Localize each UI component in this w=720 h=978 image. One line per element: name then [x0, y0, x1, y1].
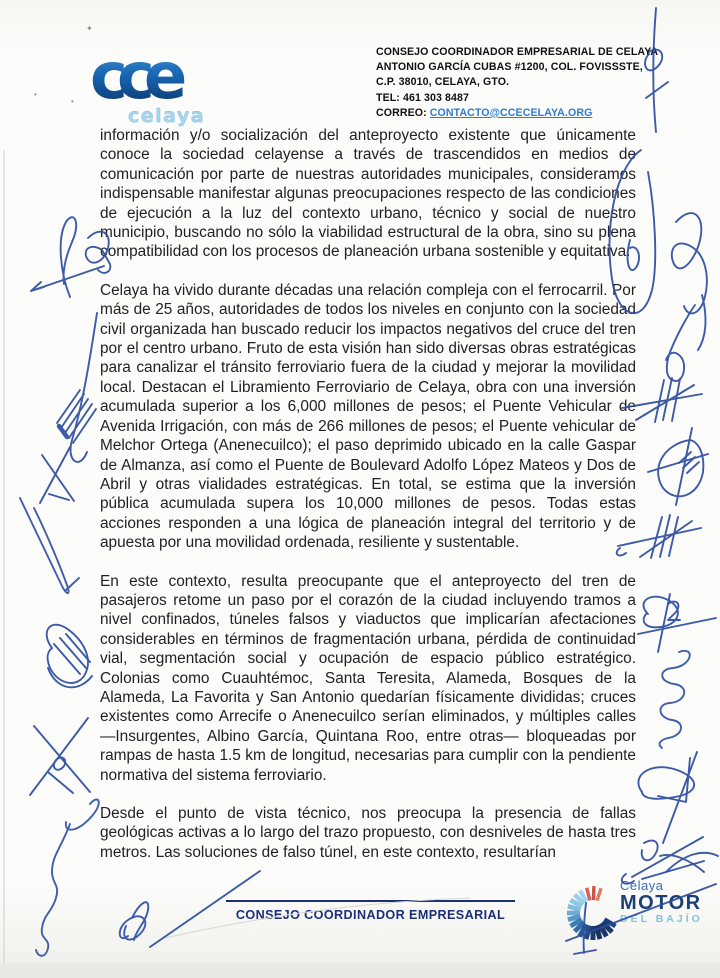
scan-speck: • — [71, 97, 74, 106]
signature-ink-left-5 — [30, 718, 90, 795]
body-paragraph: En este contexto, resulta preocupante qu… — [100, 572, 636, 785]
signature-ink-right-7 — [638, 594, 716, 652]
scan-edge-shadow — [3, 150, 5, 965]
motor-logo-subtitle: DEL BAJÍO — [620, 913, 720, 925]
contact-phone: TEL: 461 303 8487 — [376, 91, 668, 106]
letterhead-contact-block: CONSEJO COORDINADOR EMPRESARIAL DE CELAY… — [376, 45, 668, 121]
contact-city: C.P. 38010, CELAYA, GTO. — [376, 75, 668, 90]
cce-celaya-logo: cce celaya — [88, 36, 228, 131]
signature-ink-right-9 — [638, 752, 697, 843]
signature-ink-left-4 — [47, 625, 92, 688]
signature-ink-left-1 — [31, 217, 110, 297]
cce-logo-letters: cce — [90, 40, 185, 114]
body-paragraph: Celaya ha vivido durante décadas una rel… — [100, 281, 636, 553]
scan-speck: ✦ — [86, 24, 93, 33]
letter-body: información y/o socialización del antepr… — [100, 126, 636, 881]
signature-ink-right-5 — [648, 428, 708, 505]
scan-speck: • — [34, 90, 37, 99]
cce-logo-city: celaya — [128, 105, 205, 127]
body-paragraph: información y/o socialización del antepr… — [100, 126, 636, 262]
signature-ink-left-2 — [40, 313, 97, 503]
motor-del-bajio-wordmark: Celaya MOTOR DEL BAJÍO — [620, 878, 720, 925]
contact-address: ANTONIO GARCÍA CUBAS #1200, COL. FOVISSS… — [376, 60, 668, 75]
scanned-letter-page: cce celaya CONSEJO COORDINADOR EMPRESARI… — [0, 0, 720, 978]
scan-bottom-strip — [0, 963, 720, 978]
motor-logo-city: Celaya — [620, 878, 720, 893]
body-paragraph: Desde el punto de vista técnico, nos pre… — [100, 804, 636, 862]
motor-logo-title: MOTOR — [620, 893, 720, 913]
footer-org-name: CONSEJO COORDINADOR EMPRESARIAL — [226, 908, 515, 922]
signature-ink-left-6 — [36, 800, 99, 956]
contact-email-label: CORREO: — [376, 107, 430, 119]
contact-email-line: CORREO: CONTACTO@CCECELAYA.ORG — [376, 106, 668, 121]
contact-email: CONTACTO@CCECELAYA.ORG — [430, 107, 593, 119]
signature-ink-right-3 — [666, 305, 695, 381]
signature-ink-left-3 — [20, 498, 79, 593]
signature-ink-right-8 — [660, 651, 690, 748]
contact-org-name: CONSEJO COORDINADOR EMPRESARIAL DE CELAY… — [376, 45, 668, 60]
footer-rule — [226, 900, 515, 902]
